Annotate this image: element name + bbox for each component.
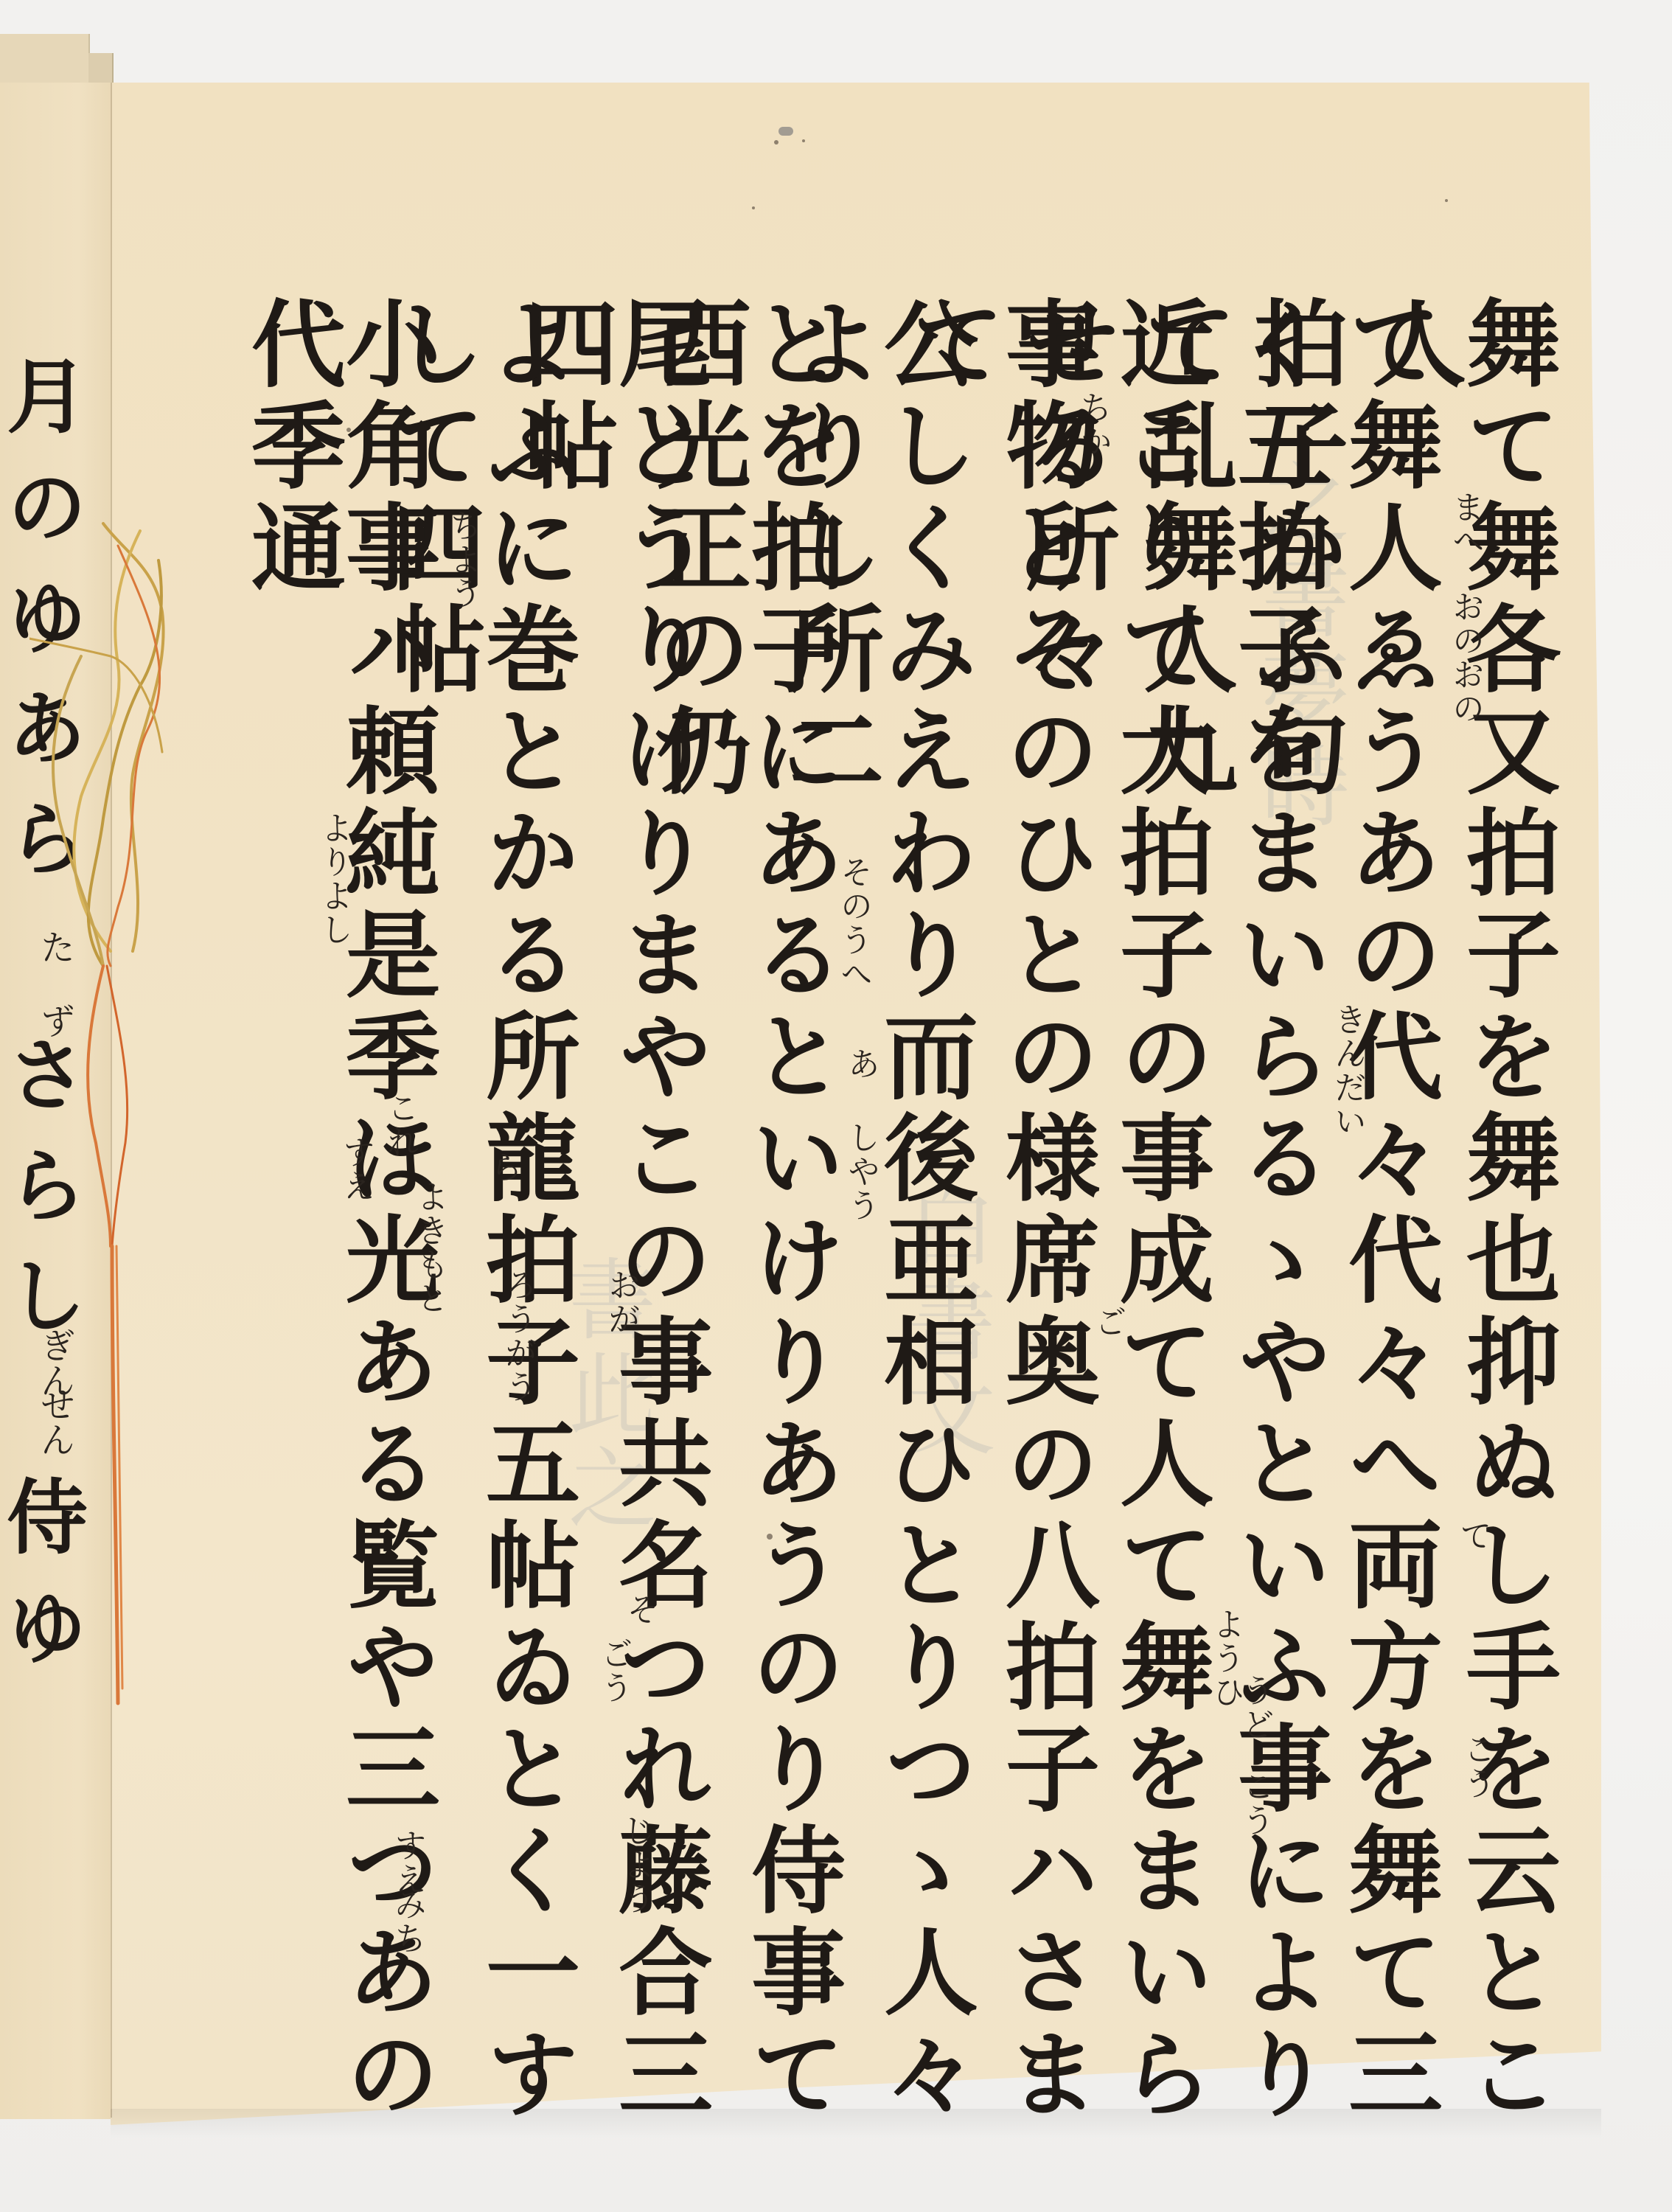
furigana: おのおの [1449, 590, 1481, 726]
back-page-edge [0, 34, 90, 86]
left-page-text: 侍ゆ [0, 1475, 81, 1696]
furigana: うど [1239, 1674, 1271, 1742]
furigana: きんだい [1331, 1003, 1363, 1138]
furigana: こう [1239, 1770, 1271, 1837]
furigana: すえ [339, 1135, 372, 1203]
left-page-text: 月のゆあら [0, 354, 81, 907]
furigana: よりよし [317, 811, 349, 947]
furigana: すえ [391, 1829, 423, 1896]
furigana: ちよう [446, 509, 478, 611]
furigana: て [1456, 1519, 1488, 1553]
furigana: そ [623, 1593, 655, 1627]
furigana: まへ [1449, 490, 1481, 558]
furigana: じよう [619, 1814, 652, 1916]
furigana: みち [391, 1888, 423, 1955]
furigana: おが [605, 1268, 637, 1336]
furigana: ろうがう [501, 1268, 534, 1404]
furigana: こう [1460, 1733, 1492, 1801]
back-page-edge-inner [88, 53, 114, 86]
furigana: これ [383, 1091, 416, 1159]
left-page-furigana: ず [29, 1003, 80, 1038]
ink-stain [778, 127, 793, 136]
page-fold [111, 83, 112, 2118]
furigana: しやう [844, 1121, 877, 1222]
furigana: よきもと [413, 1180, 445, 1315]
furigana: あ [844, 1047, 877, 1081]
left-page-furigana: た [29, 929, 80, 964]
left-page-text: さらし [0, 1032, 81, 1364]
furigana: ごう [597, 1637, 630, 1705]
furigana: ら [487, 1150, 519, 1184]
left-page-furigana: せん [29, 1386, 80, 1457]
